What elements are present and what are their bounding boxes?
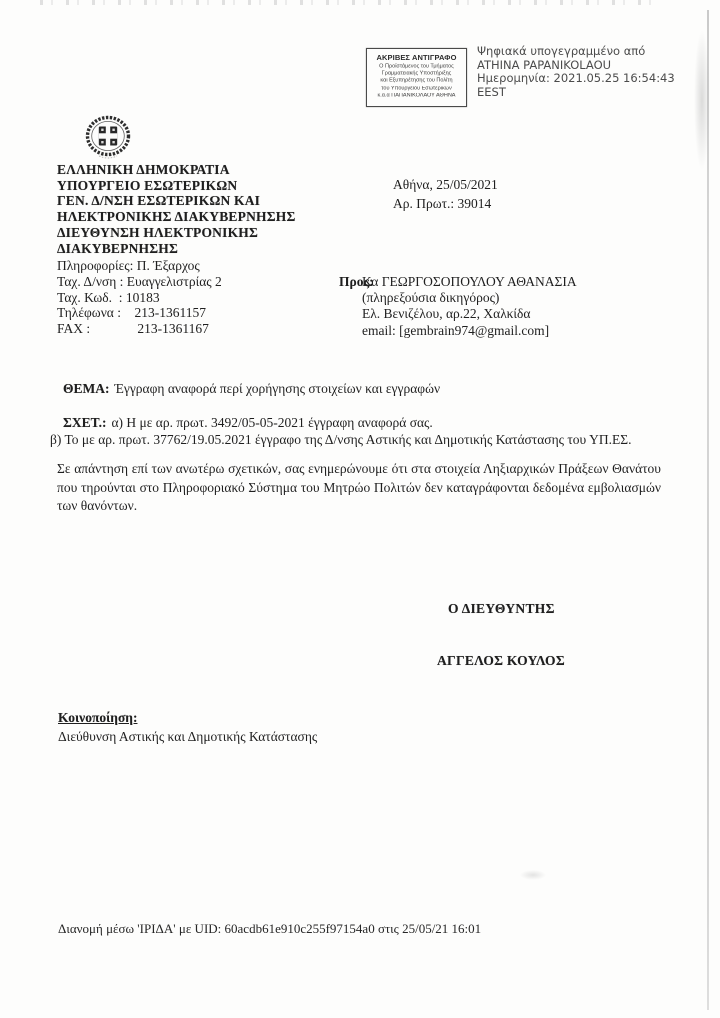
greek-coat-of-arms-icon (85, 112, 131, 162)
subject-label: ΘΕΜΑ: (63, 381, 110, 396)
subject-text: Έγγραφη αναφορά περί χορήγησης στοιχείων… (115, 381, 441, 396)
reference-item-b: β) Το με αρ. πρωτ. 37762/19.05.2021 έγγρ… (50, 432, 690, 448)
stamp-title: ΑΚΡΙΒΕΣ ΑΝΤΙΓΡΑΦΟ (367, 53, 466, 62)
digital-signature-line: Ημερομηνία: 2021.05.25 16:54:43 (477, 72, 712, 86)
contact-line: FAX : 213-1361167 (57, 321, 357, 337)
signatory-name: ΑΓΓΕΛΟΣ ΚΟΥΛΟΣ (437, 653, 565, 669)
recipient-line: Κα ΓΕΩΡΓΟΣΟΠΟΥΛΟΥ ΑΘΑΝΑΣΙΑ (362, 274, 662, 290)
contact-line: Τηλέφωνα : 213-1361157 (57, 305, 357, 321)
digital-signature-line: ATHINA PAPANIKOLAOU (477, 59, 712, 73)
reference-block: Αθήνα, 25/05/2021 Αρ. Πρωτ.: 39014 (393, 176, 498, 213)
cc-line: Διεύθυνση Αστικής και Δημοτικής Κατάστασ… (58, 729, 317, 745)
recipient-line: Ελ. Βενιζέλου, αρ.22, Χαλκίδα (362, 306, 662, 322)
letterhead-line: ΓΕΝ. Δ/ΝΣΗ ΕΣΩΤΕΡΙΚΩΝ ΚΑΙ (57, 193, 357, 209)
body-paragraph: Σε απάντηση επί των ανωτέρω σχετικών, σα… (57, 460, 661, 516)
subject-line: ΘΕΜΑ:Έγγραφη αναφορά περί χορήγησης στοι… (63, 381, 663, 397)
letterhead-line: ΔΙΑΚΥΒΕΡΝΗΣΗΣ (57, 241, 357, 257)
distribution-footer: Διανομή μέσω 'ΙΡΙΔΑ' με UID: 60acdb61e91… (58, 921, 578, 937)
stamp-line: Γραμματειακής Υποστήριξης (371, 71, 462, 78)
protocol-line: Αρ. Πρωτ.: 39014 (393, 195, 498, 214)
contact-line: Πληροφορίες: Π. Έξαρχος (57, 258, 357, 274)
contact-line: Ταχ. Δ/νση : Ευαγγελιστρίας 2 (57, 274, 357, 290)
certified-copy-stamp: ΑΚΡΙΒΕΣ ΑΝΤΙΓΡΑΦΟ Ο Προϊστάμενος του Τμή… (366, 48, 467, 107)
letterhead-line: ΗΛΕΚΤΡΟΝΙΚΗΣ ΔΙΑΚΥΒΕΡΝΗΣΗΣ (57, 209, 357, 225)
recipient-line: (πληρεξούσια δικηγόρος) (362, 290, 662, 306)
contact-line: Ταχ. Κωδ. : 10183 (57, 290, 357, 306)
scan-artifact-top-edge (40, 0, 660, 5)
digital-signature-line: Ψηφιακά υπογεγραμμένο από (477, 45, 712, 59)
references-label: ΣΧΕΤ.: (63, 415, 106, 430)
scan-artifact-smudge (520, 870, 546, 880)
letterhead: ΕΛΛΗΝΙΚΗ ΔΗΜΟΚΡΑΤΙΑ ΥΠΟΥΡΓΕΙΟ ΕΣΩΤΕΡΙΚΩΝ… (57, 162, 357, 256)
reference-item-a-text: α) Η με αρ. πρωτ. 3492/05-05-2021 έγγραφ… (111, 415, 432, 430)
digital-signature-line: EEST (477, 86, 712, 100)
letterhead-line: ΥΠΟΥΡΓΕΙΟ ΕΣΩΤΕΡΙΚΩΝ (57, 178, 357, 194)
stamp-line: και Εξυπηρέτησης του Πολίτη (371, 78, 462, 85)
stamp-line: του Υπουργείου Εσωτερικών (371, 86, 462, 93)
signatory-title: Ο ΔΙΕΥΘΥΝΤΗΣ (448, 601, 555, 617)
contact-info: Πληροφορίες: Π. Έξαρχος Ταχ. Δ/νση : Ευα… (57, 258, 357, 337)
letterhead-line: ΕΛΛΗΝΙΚΗ ΔΗΜΟΚΡΑΤΙΑ (57, 162, 357, 178)
document-page: ΑΚΡΙΒΕΣ ΑΝΤΙΓΡΑΦΟ Ο Προϊστάμενος του Τμή… (0, 0, 720, 1018)
recipient-line: email: [gembrain974@gmail.com] (362, 323, 662, 339)
stamp-line: Ο Προϊστάμενος του Τμήματος (371, 64, 462, 71)
letterhead-line: ΔΙΕΥΘΥΝΣΗ ΗΛΕΚΤΡΟΝΙΚΗΣ (57, 225, 357, 241)
recipient-block: Κα ΓΕΩΡΓΟΣΟΠΟΥΛΟΥ ΑΘΑΝΑΣΙΑ (πληρεξούσια … (362, 274, 662, 339)
cc-heading: Κοινοποίηση: (58, 710, 137, 726)
stamp-line: κ.α.α ΠΑΠΑΝΙΚΟΛΑΟΥ ΑΘΗΝΑ (371, 93, 462, 100)
reference-item-a: ΣΧΕΤ.:α) Η με αρ. πρωτ. 3492/05-05-2021 … (63, 415, 683, 431)
date-line: Αθήνα, 25/05/2021 (393, 176, 498, 195)
digital-signature-block: Ψηφιακά υπογεγραμμένο από ATHINA PAPANIK… (477, 45, 712, 99)
